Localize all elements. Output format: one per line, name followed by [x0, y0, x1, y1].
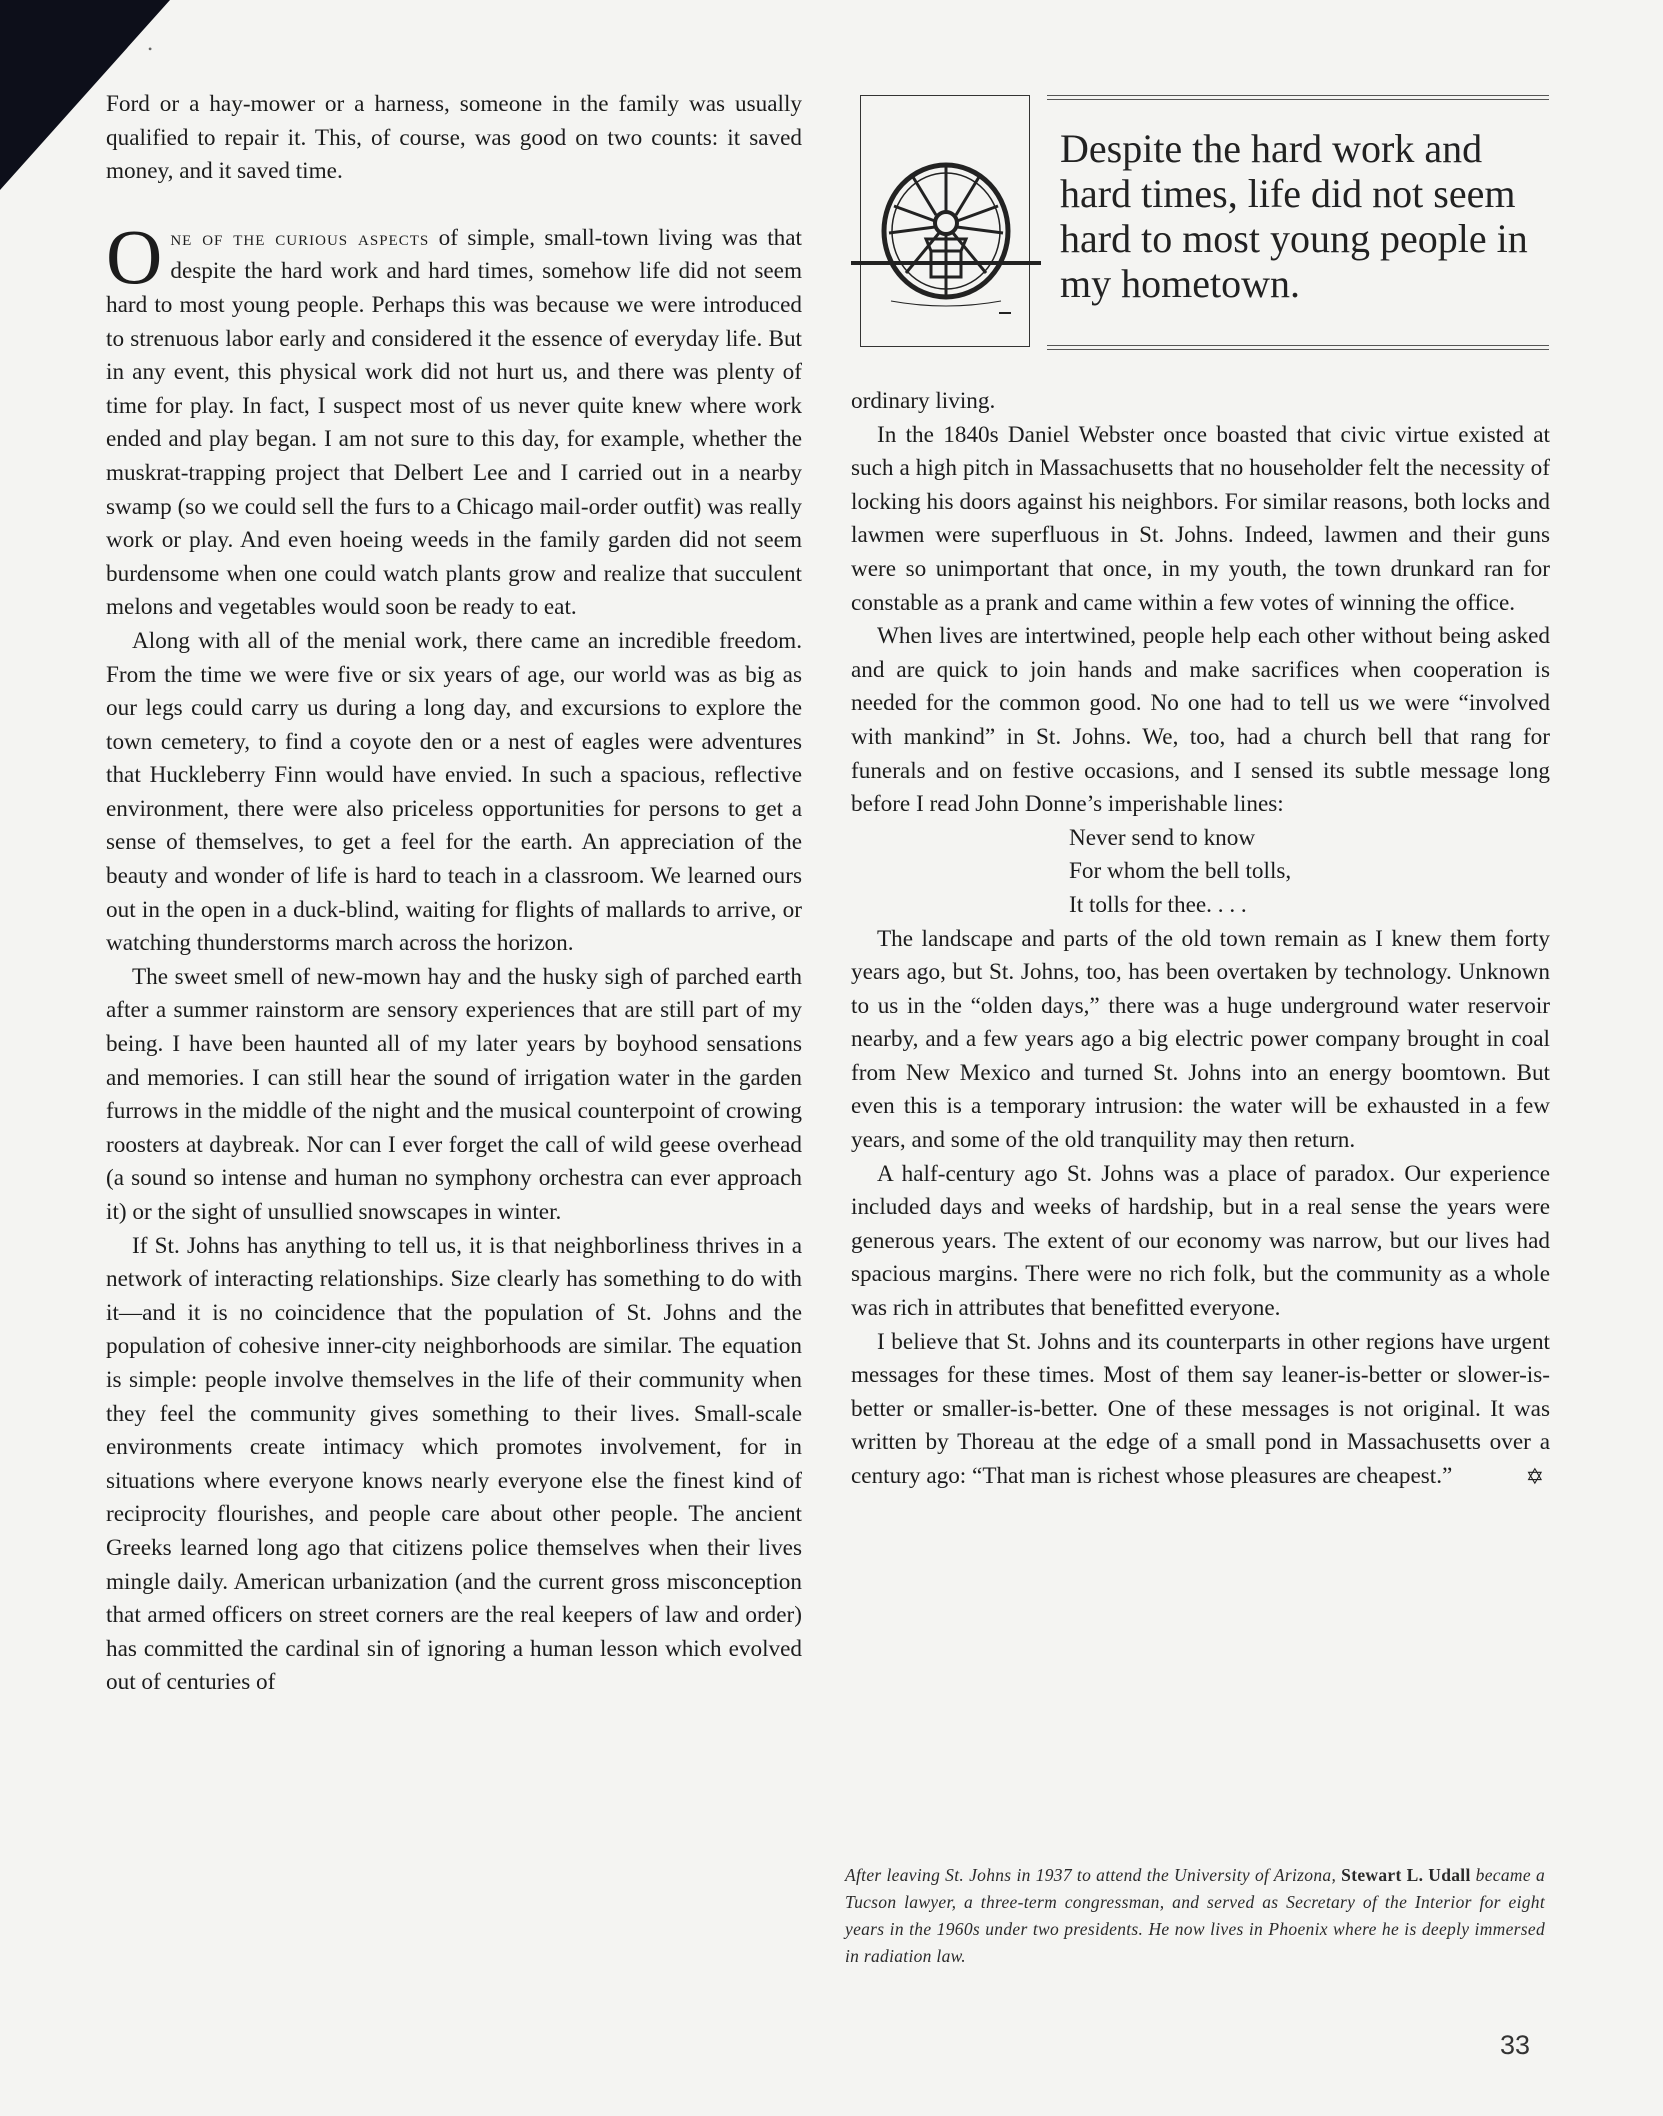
pullquote-rule-top — [1047, 95, 1549, 100]
author-name: Stewart L. Udall — [1341, 1865, 1470, 1885]
continuation-paragraph: Ford or a hay-mower or a harness, someon… — [106, 88, 802, 189]
continuation-paragraph: ordinary living. — [851, 385, 1550, 419]
right-column: ordinary living. In the 1840s Daniel Web… — [851, 385, 1550, 1494]
opening-text: of simple, small-town living was that de… — [106, 225, 802, 621]
verse-line: For whom the bell tolls, — [1069, 855, 1550, 889]
donne-verse: Never send to know For whom the bell tol… — [851, 822, 1550, 923]
section-opening-paragraph: One of the curious aspects of simple, sm… — [106, 222, 802, 625]
left-column: Ford or a hay-mower or a harness, someon… — [106, 88, 802, 1700]
body-paragraph: A half-century ago St. Johns was a place… — [851, 1158, 1550, 1326]
closing-paragraph: I believe that St. Johns and its counter… — [851, 1326, 1550, 1494]
body-paragraph: Along with all of the menial work, there… — [106, 625, 802, 961]
drop-cap: O — [106, 226, 162, 288]
scan-speck: • — [148, 42, 152, 57]
body-paragraph: The sweet smell of new-mown hay and the … — [106, 961, 802, 1230]
body-paragraph: When lives are intertwined, people help … — [851, 620, 1550, 822]
illustration-frame — [860, 95, 1030, 347]
bio-text-before: After leaving St. Johns in 1937 to atten… — [845, 1865, 1341, 1885]
pull-quote: Despite the hard work and hard times, li… — [1060, 126, 1560, 306]
small-caps-lead: ne of the curious aspects — [170, 226, 429, 250]
end-mark-icon: ✡ — [1500, 1460, 1544, 1494]
body-paragraph: If St. Johns has anything to tell us, it… — [106, 1230, 802, 1700]
closing-text: I believe that St. Johns and its counter… — [851, 1329, 1550, 1489]
verse-line: Never send to know — [1069, 822, 1550, 856]
author-bio: After leaving St. Johns in 1937 to atten… — [845, 1862, 1545, 1970]
body-paragraph: In the 1840s Daniel Webster once boasted… — [851, 419, 1550, 621]
pullquote-rule-bottom — [1047, 345, 1549, 350]
verse-line: It tolls for thee. . . . — [1069, 889, 1550, 923]
wagon-wheel-icon — [851, 151, 1041, 321]
body-paragraph: The landscape and parts of the old town … — [851, 923, 1550, 1158]
page-number: 33 — [1500, 2030, 1530, 2061]
